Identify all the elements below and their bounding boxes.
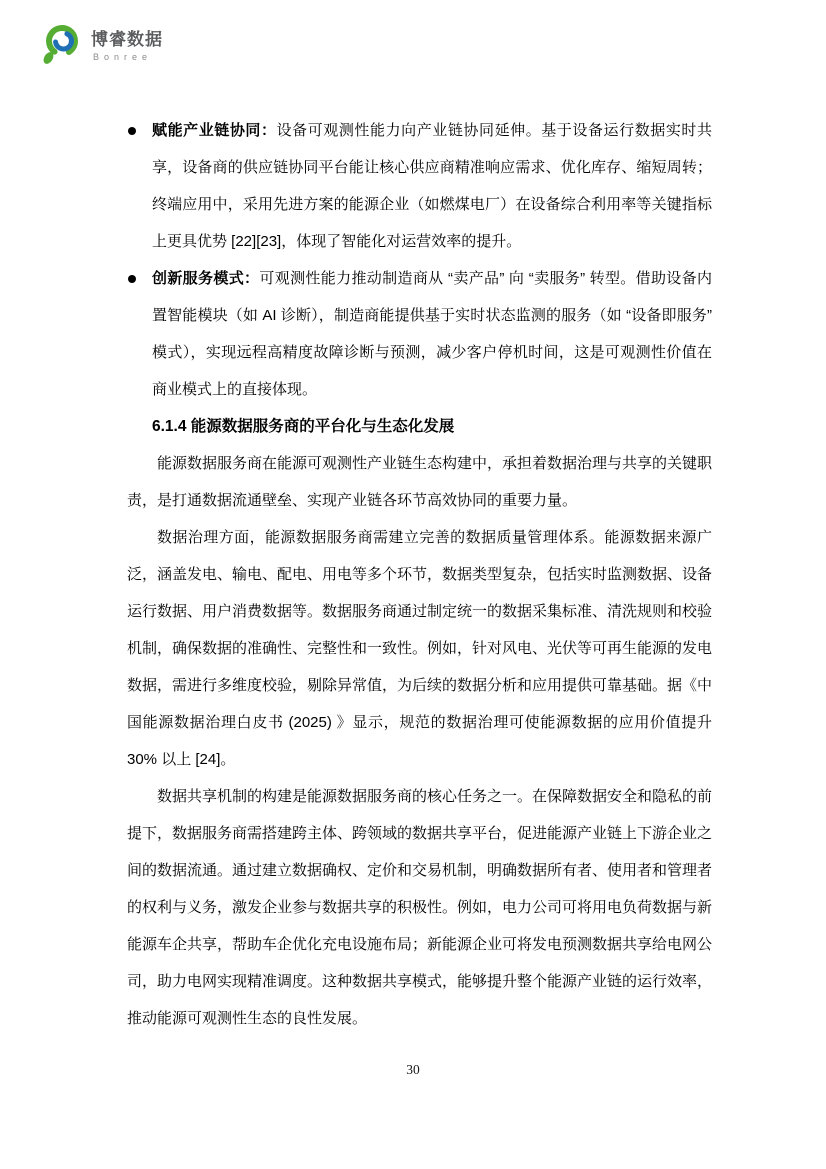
page-number: 30 [0,1062,826,1078]
bullet-icon [128,275,136,283]
logo-name-en: Bonree [91,53,163,63]
bullet-text: 创新服务模式：可观测性能力推动制造商从 “卖产品” 向 “卖服务” 转型。借助设… [152,260,712,408]
paragraph: 数据共享机制的构建是能源数据服务商的核心任务之一。在保障数据安全和隐私的前提下，… [127,778,712,1037]
document-page: 博睿数据 Bonree 赋能产业链协同：设备可观测性能力向产业链协同延伸。基于设… [0,0,826,1169]
bullet-icon [128,127,136,135]
bullet-lead: 赋能产业链协同： [152,122,277,139]
document-content: 赋能产业链协同：设备可观测性能力向产业链协同延伸。基于设备运行数据实时共享，设备… [127,112,712,1037]
bullet-lead: 创新服务模式： [152,270,259,287]
bullet-body: 设备可观测性能力向产业链协同延伸。基于设备运行数据实时共享，设备商的供应链协同平… [152,122,712,250]
logo-text: 博睿数据 Bonree [91,27,163,64]
section-heading: 6.1.4 能源数据服务商的平台化与生态化发展 [127,408,712,445]
bullet-item-service-model: 创新服务模式：可观测性能力推动制造商从 “卖产品” 向 “卖服务” 转型。借助设… [127,260,712,408]
paragraph: 数据治理方面，能源数据服务商需建立完善的数据质量管理体系。能源数据来源广泛，涵盖… [127,519,712,778]
paragraph: 能源数据服务商在能源可观测性产业链生态构建中，承担着数据治理与共享的关键职责，是… [127,445,712,519]
bullet-body: 可观测性能力推动制造商从 “卖产品” 向 “卖服务” 转型。借助设备内置智能模块… [152,270,712,398]
bonree-logo-icon [40,22,82,68]
logo-name-cn: 博睿数据 [91,31,163,50]
bullet-item-industry-chain: 赋能产业链协同：设备可观测性能力向产业链协同延伸。基于设备运行数据实时共享，设备… [127,112,712,260]
bonree-logo: 博睿数据 Bonree [40,22,163,68]
bullet-text: 赋能产业链协同：设备可观测性能力向产业链协同延伸。基于设备运行数据实时共享，设备… [152,112,712,260]
